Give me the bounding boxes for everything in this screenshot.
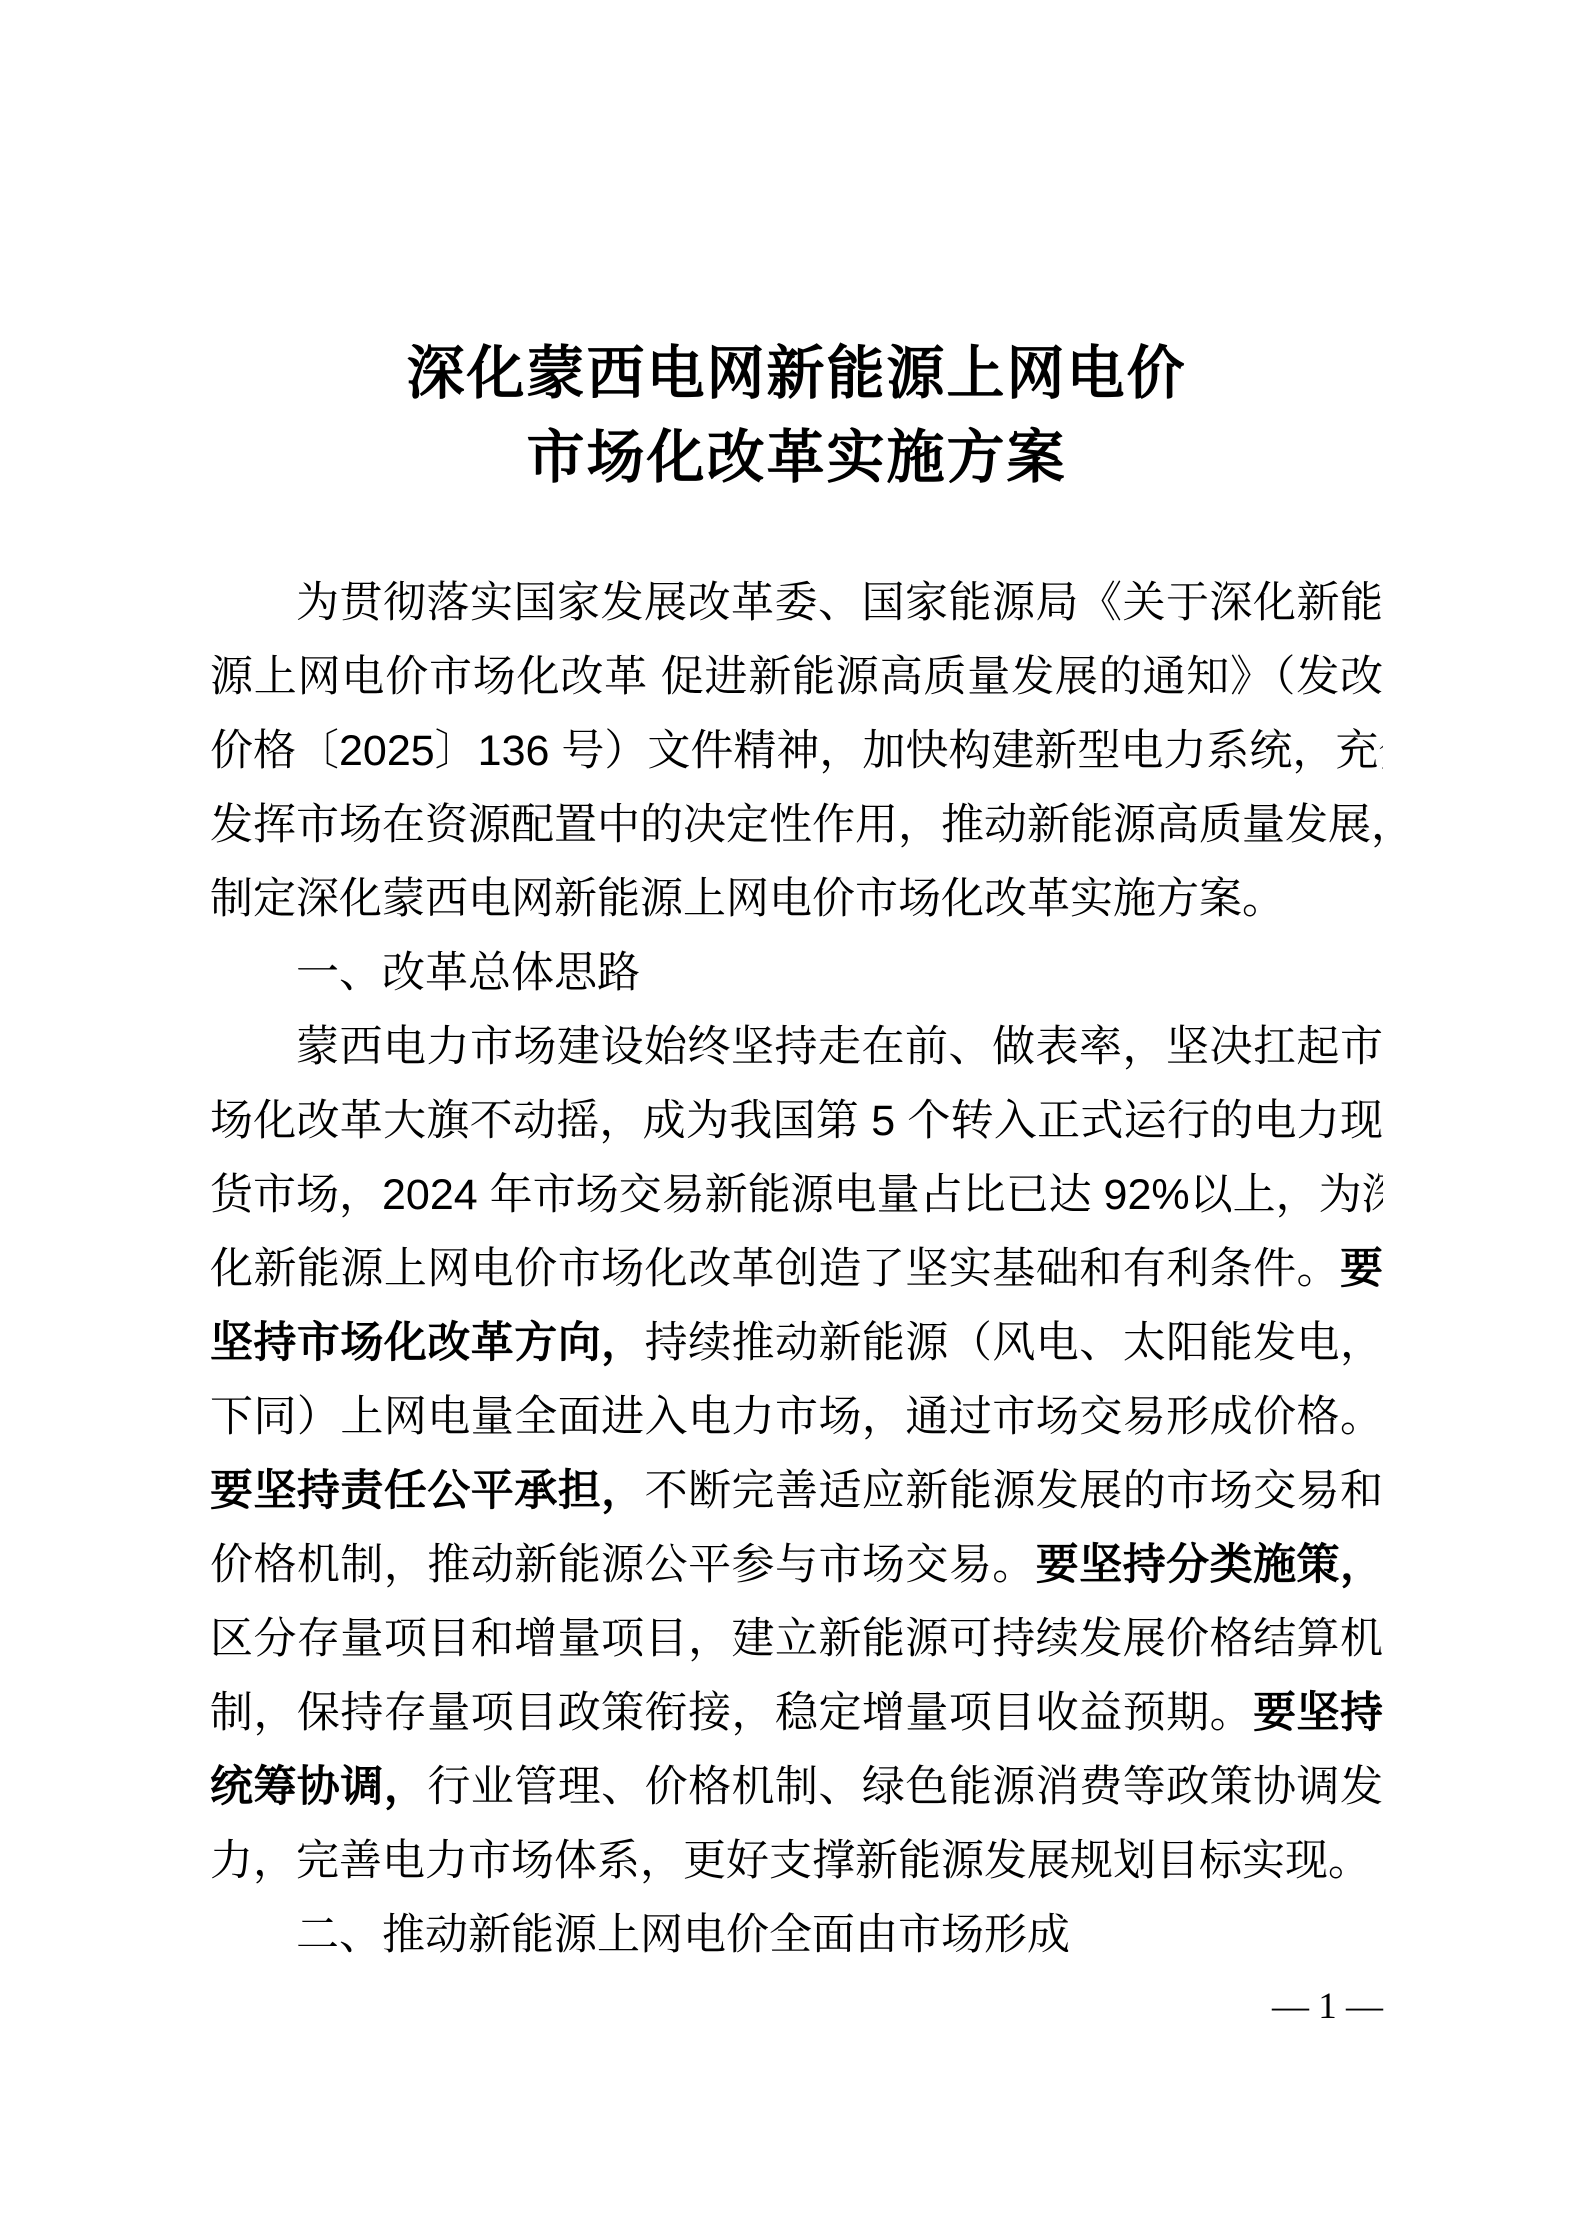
- text-line: 价格〔2025〕136 号）文件精神，加快构建新型电力系统，充分: [210, 714, 1383, 788]
- bold-text-segment: 坚持市场化改革方向，: [210, 1319, 645, 1367]
- text-segment: 源上网电价市场化改革 促进新能源高质量发展的通知》（发改: [210, 653, 1383, 701]
- text-line: 价格机制，推动新能源公平参与市场交易。要坚持分类施策，: [210, 1528, 1383, 1602]
- section-1-paragraph: 蒙西电力市场建设始终坚持走在前、做表率，坚决扛起市场化改革大旗不动摇，成为我国第…: [210, 1010, 1383, 1898]
- text-line: 制定深化蒙西电网新能源上网电价市场化改革实施方案。: [210, 862, 1383, 936]
- text-segment: 货市场，2024 年市场交易新能源电量占比已达 92%以上，为深: [210, 1171, 1383, 1219]
- text-line: 坚持市场化改革方向，持续推动新能源（风电、太阳能发电，: [210, 1306, 1383, 1380]
- text-segment: 化新能源上网电价市场化改革创造了坚实基础和有利条件。: [210, 1245, 1340, 1293]
- text-segment: 行业管理、价格机制、绿色能源消费等政策协调发: [427, 1763, 1383, 1811]
- text-segment: 制，保持存量项目政策衔接，稳定增量项目收益预期。: [210, 1689, 1253, 1737]
- bold-text-segment: 要坚持: [1253, 1689, 1383, 1737]
- text-line: 制，保持存量项目政策衔接，稳定增量项目收益预期。要坚持: [210, 1676, 1383, 1750]
- section-heading-2: 二、推动新能源上网电价全面由市场形成: [210, 1898, 1383, 1972]
- text-line: 蒙西电力市场建设始终坚持走在前、做表率，坚决扛起市: [210, 1010, 1383, 1084]
- text-segment: 蒙西电力市场建设始终坚持走在前、做表率，坚决扛起市: [296, 1023, 1383, 1071]
- section-heading-1: 一、改革总体思路: [210, 936, 1383, 1010]
- text-line: 区分存量项目和增量项目，建立新能源可持续发展价格结算机: [210, 1602, 1383, 1676]
- text-segment: 二、推动新能源上网电价全面由市场形成: [296, 1911, 1070, 1959]
- document-title: 深化蒙西电网新能源上网电价 市场化改革实施方案: [210, 332, 1383, 500]
- text-segment: 持续推动新能源（风电、太阳能发电，: [645, 1319, 1383, 1367]
- bold-text-segment: 统筹协调，: [210, 1763, 427, 1811]
- text-line: 场化改革大旗不动摇，成为我国第 5 个转入正式运行的电力现: [210, 1084, 1383, 1158]
- text-segment: 为贯彻落实国家发展改革委、国家能源局《关于深化新能: [296, 579, 1383, 627]
- text-segment: 价格〔2025〕136 号）文件精神，加快构建新型电力系统，充分: [210, 727, 1383, 775]
- page-number: — 1 —: [1272, 1982, 1383, 2032]
- text-line: 一、改革总体思路: [210, 936, 1383, 1010]
- intro-paragraph: 为贯彻落实国家发展改革委、国家能源局《关于深化新能源上网电价市场化改革 促进新能…: [210, 566, 1383, 936]
- document-body: 为贯彻落实国家发展改革委、国家能源局《关于深化新能源上网电价市场化改革 促进新能…: [210, 566, 1383, 1972]
- document-page: 深化蒙西电网新能源上网电价 市场化改革实施方案 为贯彻落实国家发展改革委、国家能…: [0, 0, 1580, 2237]
- text-line: 源上网电价市场化改革 促进新能源高质量发展的通知》（发改: [210, 640, 1383, 714]
- bold-text-segment: 要坚持责任公平承担，: [210, 1467, 645, 1515]
- text-segment: 一、改革总体思路: [296, 949, 640, 997]
- text-segment: 制定深化蒙西电网新能源上网电价市场化改革实施方案。: [210, 875, 1285, 923]
- text-line: 为贯彻落实国家发展改革委、国家能源局《关于深化新能: [210, 566, 1383, 640]
- bold-text-segment: 要坚持分类施策，: [1036, 1541, 1383, 1589]
- text-line: 力，完善电力市场体系，更好支撑新能源发展规划目标实现。: [210, 1824, 1383, 1898]
- document-content: 深化蒙西电网新能源上网电价 市场化改革实施方案 为贯彻落实国家发展改革委、国家能…: [210, 332, 1383, 1972]
- text-line: 统筹协调，行业管理、价格机制、绿色能源消费等政策协调发: [210, 1750, 1383, 1824]
- text-segment: 力，完善电力市场体系，更好支撑新能源发展规划目标实现。: [210, 1837, 1371, 1885]
- text-segment: 发挥市场在资源配置中的决定性作用，推动新能源高质量发展，: [210, 801, 1383, 849]
- text-segment: 场化改革大旗不动摇，成为我国第 5 个转入正式运行的电力现: [210, 1097, 1383, 1145]
- bold-text-segment: 要: [1340, 1245, 1383, 1293]
- text-segment: 下同）上网电量全面进入电力市场，通过市场交易形成价格。: [210, 1393, 1383, 1441]
- text-segment: 价格机制，推动新能源公平参与市场交易。: [210, 1541, 1036, 1589]
- text-segment: 区分存量项目和增量项目，建立新能源可持续发展价格结算机: [210, 1615, 1383, 1663]
- document-title-line-1: 深化蒙西电网新能源上网电价: [210, 332, 1383, 416]
- document-title-line-2: 市场化改革实施方案: [210, 416, 1383, 500]
- text-segment: 不断完善适应新能源发展的市场交易和: [645, 1467, 1383, 1515]
- text-line: 要坚持责任公平承担，不断完善适应新能源发展的市场交易和: [210, 1454, 1383, 1528]
- text-line: 化新能源上网电价市场化改革创造了坚实基础和有利条件。要: [210, 1232, 1383, 1306]
- text-line: 下同）上网电量全面进入电力市场，通过市场交易形成价格。: [210, 1380, 1383, 1454]
- text-line: 二、推动新能源上网电价全面由市场形成: [210, 1898, 1383, 1972]
- text-line: 货市场，2024 年市场交易新能源电量占比已达 92%以上，为深: [210, 1158, 1383, 1232]
- text-line: 发挥市场在资源配置中的决定性作用，推动新能源高质量发展，: [210, 788, 1383, 862]
